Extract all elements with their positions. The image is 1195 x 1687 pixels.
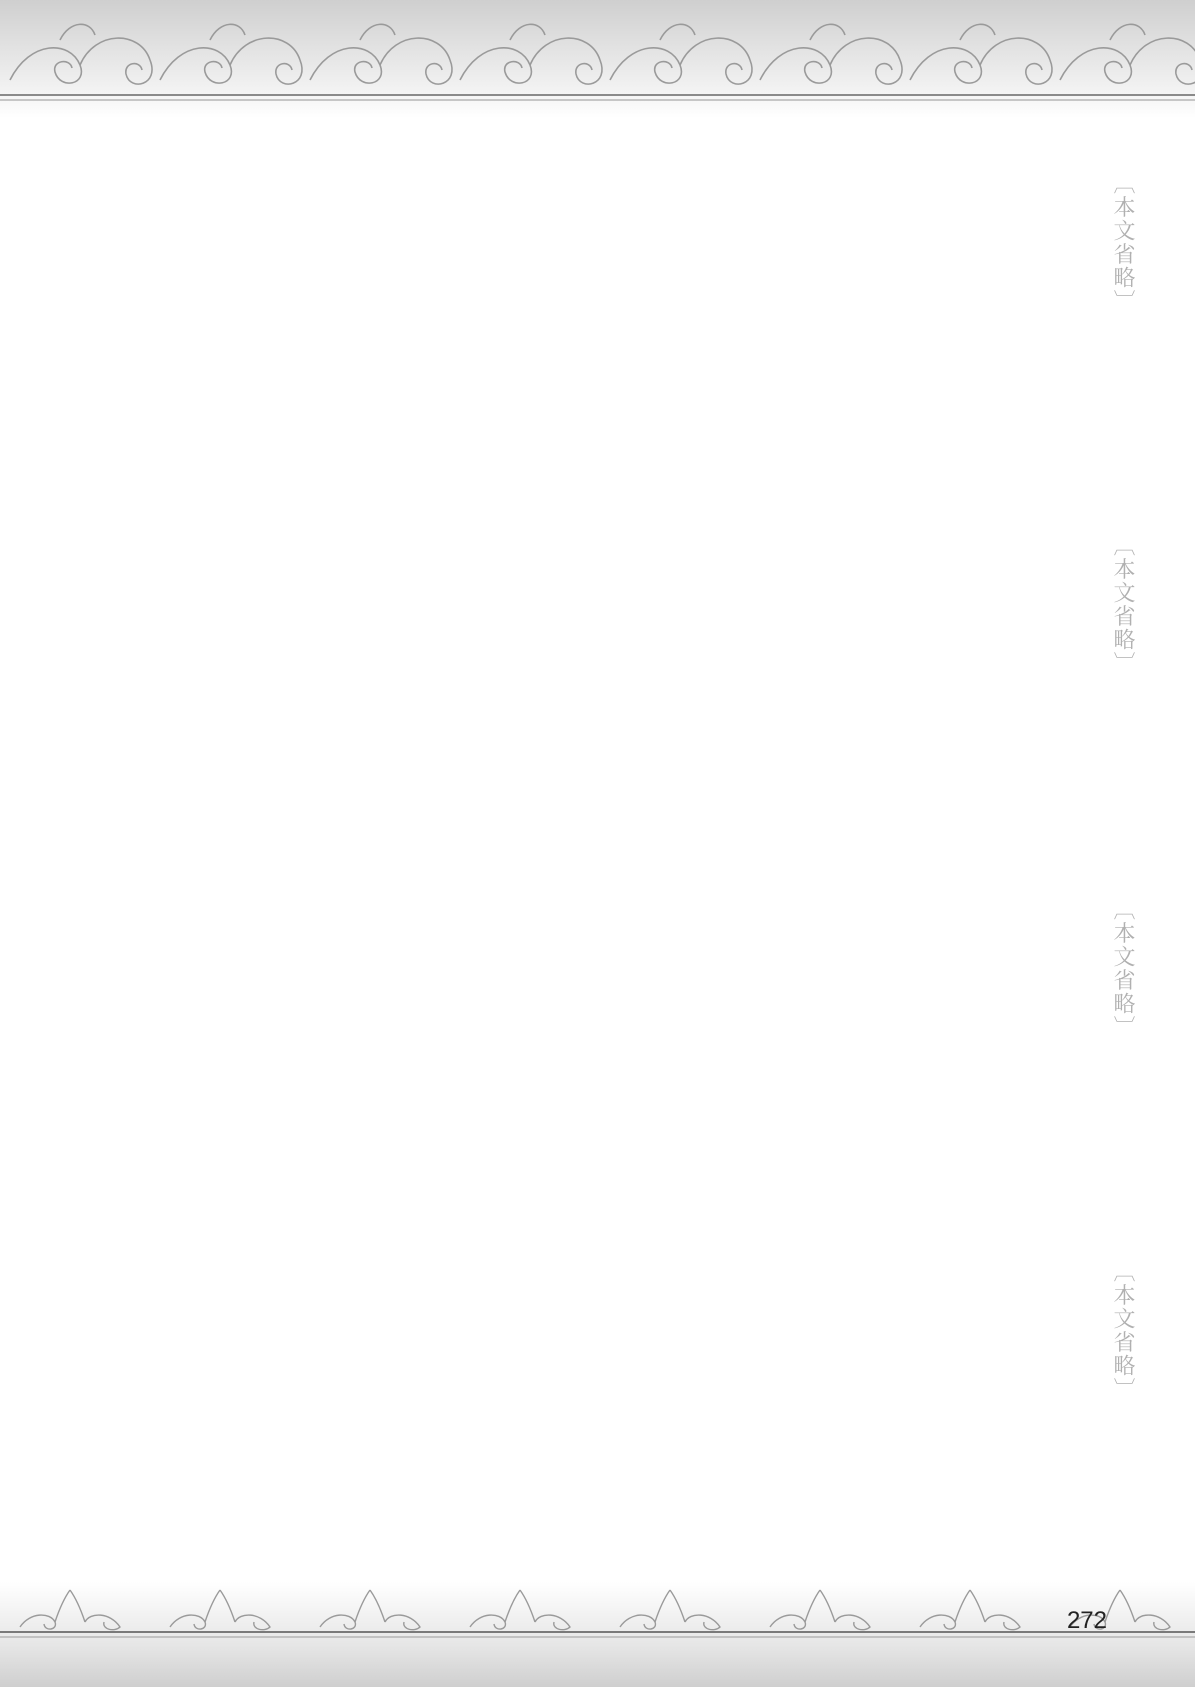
ornamental-footer-border: 272 <box>0 1582 1195 1687</box>
text-tier-1: 〔本文省略〕 <box>137 150 1137 470</box>
body-paragraph: 〔本文省略〕 <box>1107 876 1137 1196</box>
body-paragraph: 〔本文省略〕 <box>1107 1238 1137 1558</box>
text-tier-2: 〔本文省略〕 <box>137 512 1137 832</box>
scroll-ornament-icon <box>0 1582 1195 1687</box>
text-tier-3: 〔本文省略〕 <box>137 876 1137 1196</box>
page-number: 272 <box>1067 1607 1107 1635</box>
body-paragraph: 〔本文省略〕 <box>1107 512 1137 832</box>
text-tier-4: 〔本文省略〕 <box>137 1238 1137 1558</box>
scroll-ornament-icon <box>0 0 1195 118</box>
body-paragraph: 〔本文省略〕 <box>1107 150 1137 470</box>
ornamental-header-border <box>0 0 1195 118</box>
